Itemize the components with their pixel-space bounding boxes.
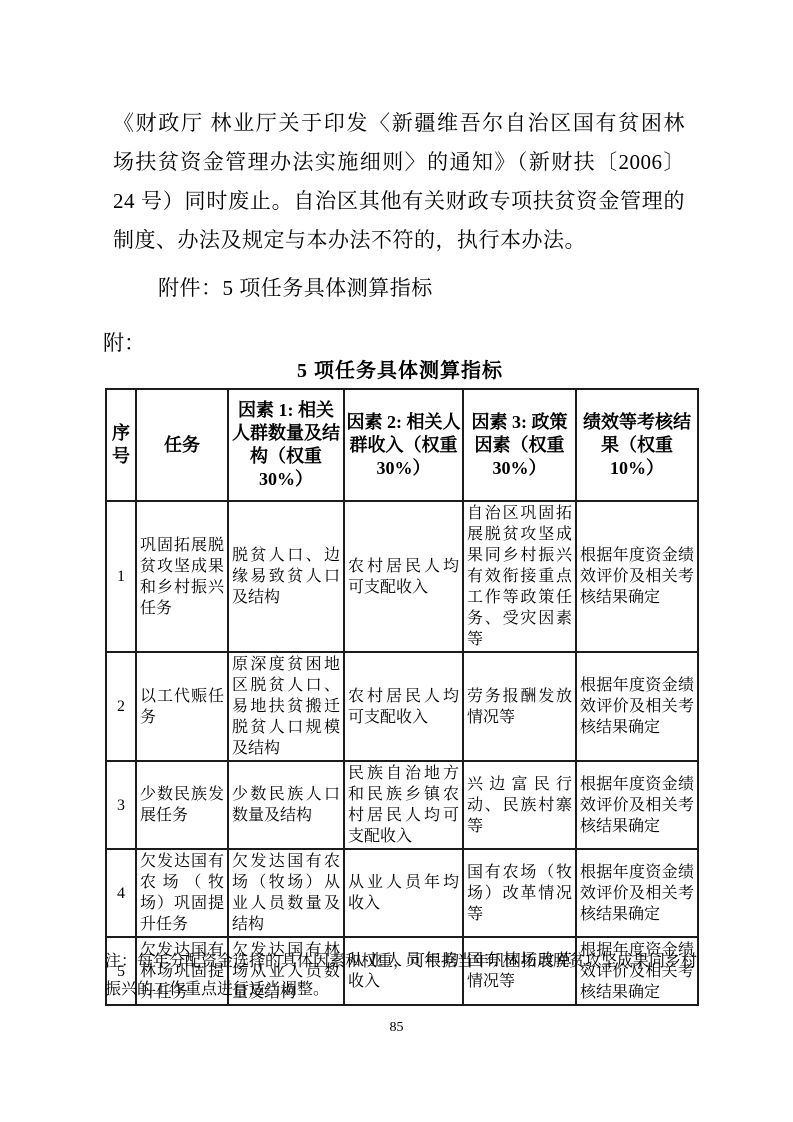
header-cell-factor2: 因素 2: 相关人群收入（权重 30%） [344,389,463,501]
cell-factor2: 农村居民人均可支配收入 [344,652,463,761]
cell-factor1: 欠发达国有农场（牧场）从业人员数量及结构 [228,849,344,937]
paragraph-line: 场扶贫资金管理办法实施细则〉的通知》（新财扶〔2006〕 [113,143,685,182]
header-cell-factor3: 因素 3: 政策因素（权重 30%） [463,389,576,501]
cell-performance: 根据年度资金绩效评价及相关考核结果确定 [576,501,698,652]
table-row: 2 以工代赈任务 原深度贫困地区脱贫人口、易地扶贫搬迁脱贫人口规模及结构 农村居… [106,652,698,761]
cell-factor2: 农村居民人均可支配收入 [344,501,463,652]
cell-seq: 1 [106,501,136,652]
cell-factor1: 脱贫人口、边缘易致贫人口及结构 [228,501,344,652]
cell-factor1: 少数民族人口数量及结构 [228,761,344,849]
cell-task: 巩固拓展脱贫攻坚成果和乡村振兴任务 [136,501,228,652]
cell-factor3: 劳务报酬发放情况等 [463,652,576,761]
cell-seq: 4 [106,849,136,937]
paragraph-line: 《财政厅 林业厅关于印发〈新疆维吾尔自治区国有贫困林 [113,104,685,143]
cell-factor3: 自治区巩固拓展脱贫攻坚成果同乡村振兴有效衔接重点工作等政策任务、受灾因素等 [463,501,576,652]
table-row: 1 巩固拓展脱贫攻坚成果和乡村振兴任务 脱贫人口、边缘易致贫人口及结构 农村居民… [106,501,698,652]
cell-performance: 根据年度资金绩效评价及相关考核结果确定 [576,849,698,937]
cell-performance: 根据年度资金绩效评价及相关考核结果确定 [576,761,698,849]
table-header-row: 序号 任务 因素 1: 相关人群数量及结构（权重 30%） 因素 2: 相关人群… [106,389,698,501]
body-paragraph: 《财政厅 林业厅关于印发〈新疆维吾尔自治区国有贫困林 场扶贫资金管理办法实施细则… [113,104,685,308]
header-cell-task: 任务 [136,389,228,501]
footnote-line: 振兴的工作重点进行适当调整。 [105,976,699,1004]
cell-factor2: 民族自治地方和民族乡镇农村居民人均可支配收入 [344,761,463,849]
cell-seq: 2 [106,652,136,761]
paragraph-line: 24 号）同时废止。自治区其他有关财政专项扶贫资金管理的 [113,182,685,221]
footnote-line: 注：每年分配资金选择的具体因素和权重，可根据当年巩固拓展脱贫攻坚成果同乡村 [105,948,699,976]
appendix-label: 附： [103,327,145,357]
cell-factor3: 兴边富民行动、民族村寨等 [463,761,576,849]
cell-factor1: 原深度贫困地区脱贫人口、易地扶贫搬迁脱贫人口规模及结构 [228,652,344,761]
cell-factor2: 从业人员年均收入 [344,849,463,937]
table-footnote: 注：每年分配资金选择的具体因素和权重，可根据当年巩固拓展脱贫攻坚成果同乡村 振兴… [105,948,699,1004]
table-title: 5 项任务具体测算指标 [105,354,695,383]
table-row: 4 欠发达国有农场（牧场）巩固提升任务 欠发达国有农场（牧场）从业人员数量及结构… [106,849,698,937]
cell-seq: 3 [106,761,136,849]
header-cell-factor1: 因素 1: 相关人群数量及结构（权重 30%） [228,389,344,501]
paragraph-line: 制度、办法及规定与本办法不符的，执行本办法。 [113,221,685,260]
cell-task: 少数民族发展任务 [136,761,228,849]
document-page: 《财政厅 林业厅关于印发〈新疆维吾尔自治区国有贫困林 场扶贫资金管理办法实施细则… [0,0,793,1122]
cell-task: 欠发达国有农场（牧场）巩固提升任务 [136,849,228,937]
allocation-factors-table: 序号 任务 因素 1: 相关人群数量及结构（权重 30%） 因素 2: 相关人群… [105,388,699,1006]
cell-task: 以工代赈任务 [136,652,228,761]
table-row: 3 少数民族发展任务 少数民族人口数量及结构 民族自治地方和民族乡镇农村居民人均… [106,761,698,849]
cell-performance: 根据年度资金绩效评价及相关考核结果确定 [576,652,698,761]
header-cell-seq: 序号 [106,389,136,501]
header-cell-performance: 绩效等考核结果（权重 10%） [576,389,698,501]
page-number: 85 [0,1020,793,1036]
attachment-reference: 附件：5 项任务具体测算指标 [113,269,685,308]
cell-factor3: 国有农场（牧场）改革情况等 [463,849,576,937]
